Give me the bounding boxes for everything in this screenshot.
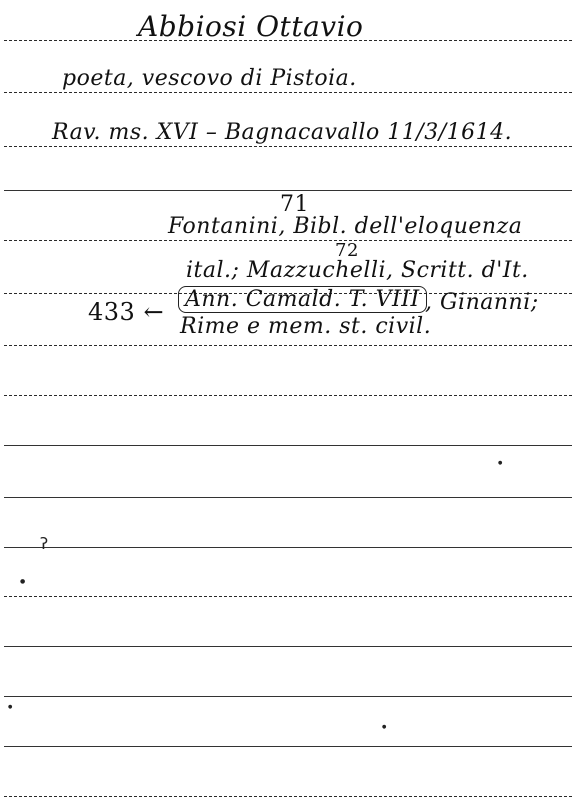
reference-number: 433 ← bbox=[88, 298, 164, 326]
arrow-left-icon: ← bbox=[143, 298, 164, 326]
ruled-line bbox=[4, 547, 572, 548]
ruled-line bbox=[4, 746, 572, 747]
ruled-line bbox=[4, 92, 572, 93]
ruled-line bbox=[4, 395, 572, 396]
stray-ink-mark: ʔ bbox=[40, 534, 48, 553]
ink-dot: ● bbox=[8, 704, 12, 710]
ruled-line bbox=[4, 596, 572, 597]
bibliography-line-3: , Ginanni; bbox=[425, 290, 539, 315]
card-heading: Abbiosi Ottavio bbox=[138, 10, 363, 43]
ruled-line bbox=[4, 445, 572, 446]
ruled-line bbox=[4, 345, 572, 346]
ruled-line bbox=[4, 240, 572, 241]
ink-dot: ● bbox=[20, 578, 25, 585]
reference-number-text: 433 bbox=[88, 298, 135, 326]
ruled-line bbox=[4, 696, 572, 697]
boxed-reference: Ann. Camald. T. VIII bbox=[178, 286, 427, 313]
ruled-line bbox=[4, 646, 572, 647]
ruled-line bbox=[4, 796, 572, 797]
bibliography-line-1: Fontanini, Bibl. dell'eloquenza bbox=[168, 214, 522, 239]
ink-dot: ● bbox=[382, 724, 386, 730]
bibliography-line-2: ital.; Mazzuchelli, Scritt. d'It. bbox=[186, 258, 529, 283]
ink-dot: ● bbox=[498, 460, 502, 466]
bibliography-line-4: Rime e mem. st. civil. bbox=[180, 314, 431, 339]
ruled-line bbox=[4, 146, 572, 147]
ruled-line bbox=[4, 497, 572, 498]
card-source-line: Rav. ms. XVI – Bagnacavallo 11/3/1614. bbox=[52, 120, 512, 145]
ruled-line bbox=[4, 190, 572, 191]
index-card: Abbiosi Ottavio poeta, vescovo di Pistoi… bbox=[0, 0, 576, 800]
card-description: poeta, vescovo di Pistoia. bbox=[62, 66, 357, 91]
